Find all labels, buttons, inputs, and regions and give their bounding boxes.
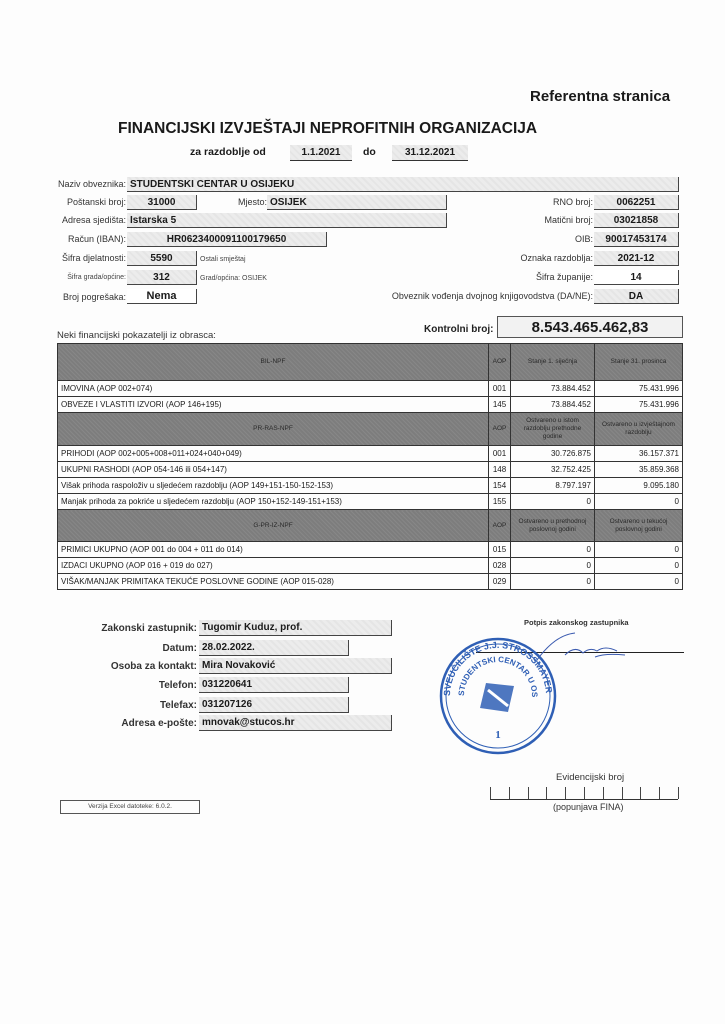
evidence-digit-divider	[603, 787, 604, 799]
name-label: Naziv obveznika:	[40, 177, 126, 192]
evidence-digit-divider	[659, 787, 660, 799]
name-field[interactable]: STUDENTSKI CENTAR U OSIJEKU	[127, 177, 679, 192]
period-to-field[interactable]: 31.12.2021	[392, 145, 468, 161]
section-header-row: BIL-NPFAOPStanje 1. siječnjaStanje 31. p…	[58, 344, 683, 381]
mb-field[interactable]: 03021858	[594, 213, 679, 228]
address-field[interactable]: Istarska 5	[127, 213, 447, 228]
column-header: Ostvareno u istom razdoblju prethodne go…	[511, 413, 595, 446]
date-label: Datum:	[60, 641, 197, 656]
evidence-digit-divider	[546, 787, 547, 799]
value-prev: 0	[511, 542, 595, 558]
section-header-row: PR-RAS-NPFAOPOstvareno u istom razdoblju…	[58, 413, 683, 446]
rno-field[interactable]: 0062251	[594, 195, 679, 210]
city-label: Mjesto:	[200, 195, 267, 210]
period-from-field[interactable]: 1.1.2021	[290, 145, 352, 161]
table-row: Višak prihoda raspoloživ u sljedećem raz…	[58, 478, 683, 494]
aop-code: 015	[489, 542, 511, 558]
aop-code: 155	[489, 494, 511, 510]
evidence-digit-divider	[509, 787, 510, 799]
row-label: Manjak prihoda za pokriće u sljedećem ra…	[58, 494, 489, 510]
phone-label: Telefon:	[60, 678, 197, 693]
double-entry-label: Obveznik vođenja dvojnog knjigovodstva (…	[300, 289, 593, 304]
value-curr: 0	[595, 542, 683, 558]
column-header: BIL-NPF	[58, 344, 489, 381]
column-header: AOP	[489, 344, 511, 381]
value-prev: 32.752.425	[511, 462, 595, 478]
municipality-label: Šifra grada/općine:	[40, 270, 126, 285]
legal-rep-label: Zakonski zastupnik:	[60, 621, 197, 636]
address-label: Adresa sjedišta:	[40, 213, 126, 228]
contact-person-label: Osoba za kontakt:	[60, 659, 197, 674]
mb-label: Matični broj:	[440, 213, 593, 228]
value-curr: 75.431.996	[595, 397, 683, 413]
iban-label: Račun (IBAN):	[40, 232, 126, 247]
county-label: Šifra županije:	[440, 270, 593, 285]
activity-label: Šifra djelatnosti:	[40, 251, 126, 266]
row-label: PRIHODI (AOP 002+005+008+011+024+040+049…	[58, 446, 489, 462]
table-row: Manjak prihoda za pokriće u sljedećem ra…	[58, 494, 683, 510]
legal-rep-field[interactable]: Tugomir Kuduz, prof.	[199, 620, 392, 636]
period-from-label: za razdoblje od	[190, 146, 266, 158]
value-prev: 30.726.875	[511, 446, 595, 462]
value-curr: 0	[595, 494, 683, 510]
fax-field[interactable]: 031207126	[199, 697, 349, 713]
evidence-digit-divider	[584, 787, 585, 799]
column-header: G-PR-IZ-NPF	[58, 510, 489, 542]
oib-field[interactable]: 90017453174	[594, 232, 679, 247]
errors-field[interactable]: Nema	[127, 289, 197, 304]
table-row: IZDACI UKUPNO (AOP 016 + 019 do 027)0280…	[58, 558, 683, 574]
row-label: VIŠAK/MANJAK PRIMITAKA TEKUĆE POSLOVNE G…	[58, 574, 489, 590]
svg-text:1: 1	[495, 729, 501, 741]
municipality-code-field[interactable]: 312	[127, 270, 197, 285]
table-row: VIŠAK/MANJAK PRIMITAKA TEKUĆE POSLOVNE G…	[58, 574, 683, 590]
row-label: OBVEZE I VLASTITI IZVORI (AOP 146+195)	[58, 397, 489, 413]
email-field[interactable]: mnovak@stucos.hr	[199, 715, 392, 731]
evidence-digit-divider	[528, 787, 529, 799]
value-curr: 36.157.371	[595, 446, 683, 462]
reference-page-label: Referentna stranica	[530, 88, 670, 105]
value-prev: 8.797.197	[511, 478, 595, 494]
indicators-title: Neki financijski pokazatelji iz obrasca:	[57, 328, 216, 343]
value-curr: 9.095.180	[595, 478, 683, 494]
evidence-number-field[interactable]	[490, 782, 678, 800]
value-prev: 73.884.452	[511, 381, 595, 397]
table-row: PRIMICI UKUPNO (AOP 001 do 004 + 011 do …	[58, 542, 683, 558]
municipality-description: Grad/općina: OSIJEK	[200, 271, 267, 286]
period-to-label: do	[363, 146, 376, 158]
column-header: Ostvareno u izvještajnom razdoblju	[595, 413, 683, 446]
row-label: IMOVINA (AOP 002+074)	[58, 381, 489, 397]
section-header-row: G-PR-IZ-NPFAOPOstvareno u prethodnoj pos…	[58, 510, 683, 542]
value-prev: 0	[511, 574, 595, 590]
value-curr: 0	[595, 574, 683, 590]
evidence-number-note: (popunjava FINA)	[553, 800, 624, 815]
table-row: OBVEZE I VLASTITI IZVORI (AOP 146+195)14…	[58, 397, 683, 413]
table-row: PRIHODI (AOP 002+005+008+011+024+040+049…	[58, 446, 683, 462]
value-curr: 0	[595, 558, 683, 574]
column-header: Stanje 31. prosinca	[595, 344, 683, 381]
table-row: UKUPNI RASHODI (AOP 054-146 ili 054+147)…	[58, 462, 683, 478]
oib-label: OIB:	[440, 232, 593, 247]
activity-code-field[interactable]: 5590	[127, 251, 197, 266]
postal-label: Poštanski broj:	[40, 195, 126, 210]
financial-indicators-table: BIL-NPFAOPStanje 1. siječnjaStanje 31. p…	[57, 343, 683, 590]
row-label: PRIMICI UKUPNO (AOP 001 do 004 + 011 do …	[58, 542, 489, 558]
aop-code: 029	[489, 574, 511, 590]
column-header: Ostvareno u tekućoj poslovnoj godini	[595, 510, 683, 542]
evidence-digit-divider	[678, 787, 679, 799]
value-prev: 0	[511, 494, 595, 510]
aop-code: 148	[489, 462, 511, 478]
value-prev: 0	[511, 558, 595, 574]
postal-field[interactable]: 31000	[127, 195, 197, 210]
aop-code: 001	[489, 446, 511, 462]
activity-description: Ostali smještaj	[200, 252, 246, 267]
control-number-field: 8.543.465.462,83	[497, 316, 683, 338]
evidence-digit-divider	[640, 787, 641, 799]
fax-label: Telefax:	[60, 698, 197, 713]
value-curr: 35.859.368	[595, 462, 683, 478]
county-field[interactable]: 14	[594, 270, 679, 285]
evidence-digit-divider	[565, 787, 566, 799]
aop-code: 001	[489, 381, 511, 397]
value-prev: 73.884.452	[511, 397, 595, 413]
aop-code: 028	[489, 558, 511, 574]
column-header: Ostvareno u prethodnoj poslovnoj godini	[511, 510, 595, 542]
double-entry-field[interactable]: DA	[594, 289, 679, 304]
column-header: AOP	[489, 510, 511, 542]
email-label: Adresa e-pošte:	[60, 716, 197, 731]
aop-code: 154	[489, 478, 511, 494]
value-curr: 75.431.996	[595, 381, 683, 397]
row-label: IZDACI UKUPNO (AOP 016 + 019 do 027)	[58, 558, 489, 574]
evidence-digit-divider	[622, 787, 623, 799]
evidence-digit-divider	[490, 787, 491, 799]
control-number-label: Kontrolni broj:	[424, 322, 493, 337]
phone-field[interactable]: 031220641	[199, 677, 349, 693]
excel-version-box: Verzija Excel datoteke: 6.0.2.	[60, 800, 200, 814]
period-code-field[interactable]: 2021-12	[594, 251, 679, 266]
period-code-label: Oznaka razdoblja:	[440, 251, 593, 266]
aop-code: 145	[489, 397, 511, 413]
date-field[interactable]: 28.02.2022.	[199, 640, 349, 656]
table-row: IMOVINA (AOP 002+074)00173.884.45275.431…	[58, 381, 683, 397]
row-label: UKUPNI RASHODI (AOP 054-146 ili 054+147)	[58, 462, 489, 478]
row-label: Višak prihoda raspoloživ u sljedećem raz…	[58, 478, 489, 494]
iban-field[interactable]: HR0623400091100179650	[127, 232, 327, 247]
column-header: PR-RAS-NPF	[58, 413, 489, 446]
column-header: AOP	[489, 413, 511, 446]
document-title: FINANCIJSKI IZVJEŠTAJI NEPROFITNIH ORGAN…	[118, 120, 537, 138]
rno-label: RNO broj:	[440, 195, 593, 210]
city-field[interactable]: OSIJEK	[267, 195, 447, 210]
contact-person-field[interactable]: Mira Novaković	[199, 658, 392, 674]
official-stamp-icon: SVEUČILIŠTE J.J. STROSSMAYERA U OSIJEKU …	[428, 628, 568, 758]
column-header: Stanje 1. siječnja	[511, 344, 595, 381]
errors-label: Broj pogrešaka:	[40, 290, 126, 305]
